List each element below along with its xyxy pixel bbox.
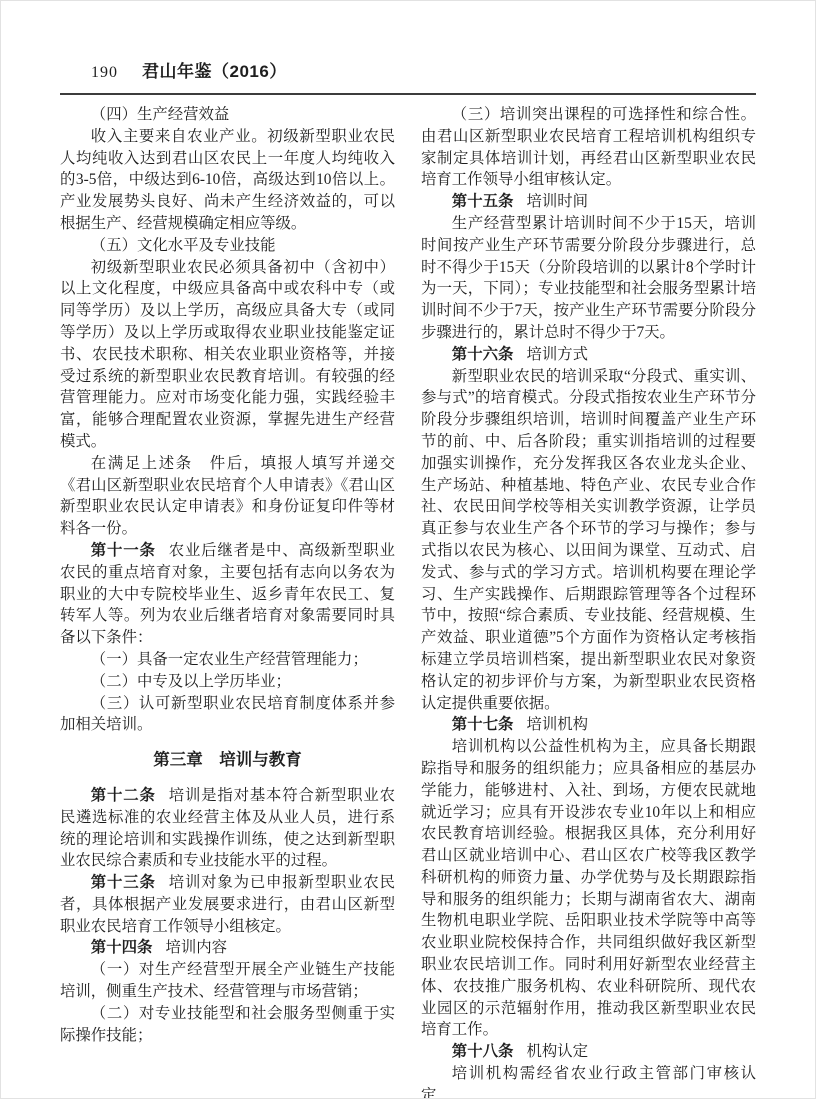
body-paragraph: （二）对专业技能型和社会服务型侧重于实际操作技能； (60, 1003, 395, 1047)
article-number: 第十八条 (452, 1043, 514, 1060)
article-paragraph: 第十七条培训机构 (421, 714, 756, 736)
book-title: 君山年鉴（2016） (142, 57, 287, 82)
article-number: 第十六条 (452, 346, 514, 363)
body-paragraph: 培训机构需经省农业行政主管部门审核认定， (421, 1063, 756, 1099)
body-paragraph: 培训机构以公益性机构为主，应具备长期跟踪指导和服务的组织能力；应具备相应的基层办… (421, 736, 756, 1041)
body-paragraph: 初级新型职业农民必须具备初中（含初中）以上文化程度，中级应具备高中或农科中专（或… (60, 257, 395, 453)
article-number: 第十二条 (91, 787, 156, 804)
article-paragraph: 第十三条培训对象为已申报新型职业农民者，具体根据产业发展要求进行，由君山区新型职… (60, 872, 395, 937)
body-paragraph: （一）具备一定农业生产经营管理能力； (60, 649, 395, 671)
right-column: （三）培训突出课程的可选择性和综合性。由君山区新型职业农民培育工程培训机构组织专… (421, 104, 756, 1099)
article-number: 第十五条 (452, 193, 514, 210)
document-page: 190 君山年鉴（2016） （四）生产经营效益收入主要来自农业产业。初级新型职… (0, 0, 816, 1099)
body-paragraph: （二）中专及以上学历毕业； (60, 671, 395, 693)
article-number: 第十一条 (91, 542, 156, 559)
body-paragraph: 收入主要来自农业产业。初级新型职业农民人均纯收入达到君山区农民上一年度人均纯收入… (60, 126, 395, 235)
article-paragraph: 第十五条培训时间 (421, 191, 756, 213)
chapter-heading: 第三章 培训与教育 (60, 750, 395, 772)
article-paragraph: 第十四条培训内容 (60, 937, 395, 959)
article-paragraph: 第十六条培训方式 (421, 344, 756, 366)
article-number: 第十七条 (452, 716, 514, 733)
body-paragraph: （三）认可新型职业农民培育制度体系并参加相关培训。 (60, 693, 395, 737)
section-subheading: （四）生产经营效益 (60, 104, 395, 126)
article-paragraph: 第十二条培训是指对基本符合新型职业农民遴选标准的农业经营主体及从业人员，进行系统… (60, 785, 395, 872)
page-number: 190 (91, 64, 118, 82)
body-paragraph: （三）培训突出课程的可选择性和综合性。由君山区新型职业农民培育工程培训机构组织专… (421, 104, 756, 191)
two-column-body: （四）生产经营效益收入主要来自农业产业。初级新型职业农民人均纯收入达到君山区农民… (60, 104, 756, 1099)
body-paragraph: （一）对生产经营型开展全产业链生产技能培训，侧重生产技术、经营管理与市场营销； (60, 959, 395, 1003)
article-number: 第十三条 (91, 874, 156, 891)
article-number: 第十四条 (91, 939, 153, 956)
left-column: （四）生产经营效益收入主要来自农业产业。初级新型职业农民人均纯收入达到君山区农民… (60, 104, 395, 1099)
body-paragraph: 在满足上述条 件后，填报人填写并递交《君山区新型职业农民培育个人申请表》《君山区… (60, 453, 395, 540)
section-subheading: （五）文化水平及专业技能 (60, 235, 395, 257)
page-header: 190 君山年鉴（2016） (60, 57, 756, 82)
body-paragraph: 新型职业农民的培训采取“分段式、重实训、参与式”的培育模式。分段式指按农业生产环… (421, 366, 756, 715)
body-paragraph: 生产经营型累计培训时间不少于15天，培训时间按产业生产环节需要分阶段分步骤进行，… (421, 213, 756, 344)
header-rule (60, 93, 756, 95)
article-paragraph: 第十一条农业后继者是中、高级新型职业农民的重点培育对象，主要包括有志向以务农为职… (60, 540, 395, 649)
article-paragraph: 第十八条机构认定 (421, 1041, 756, 1063)
